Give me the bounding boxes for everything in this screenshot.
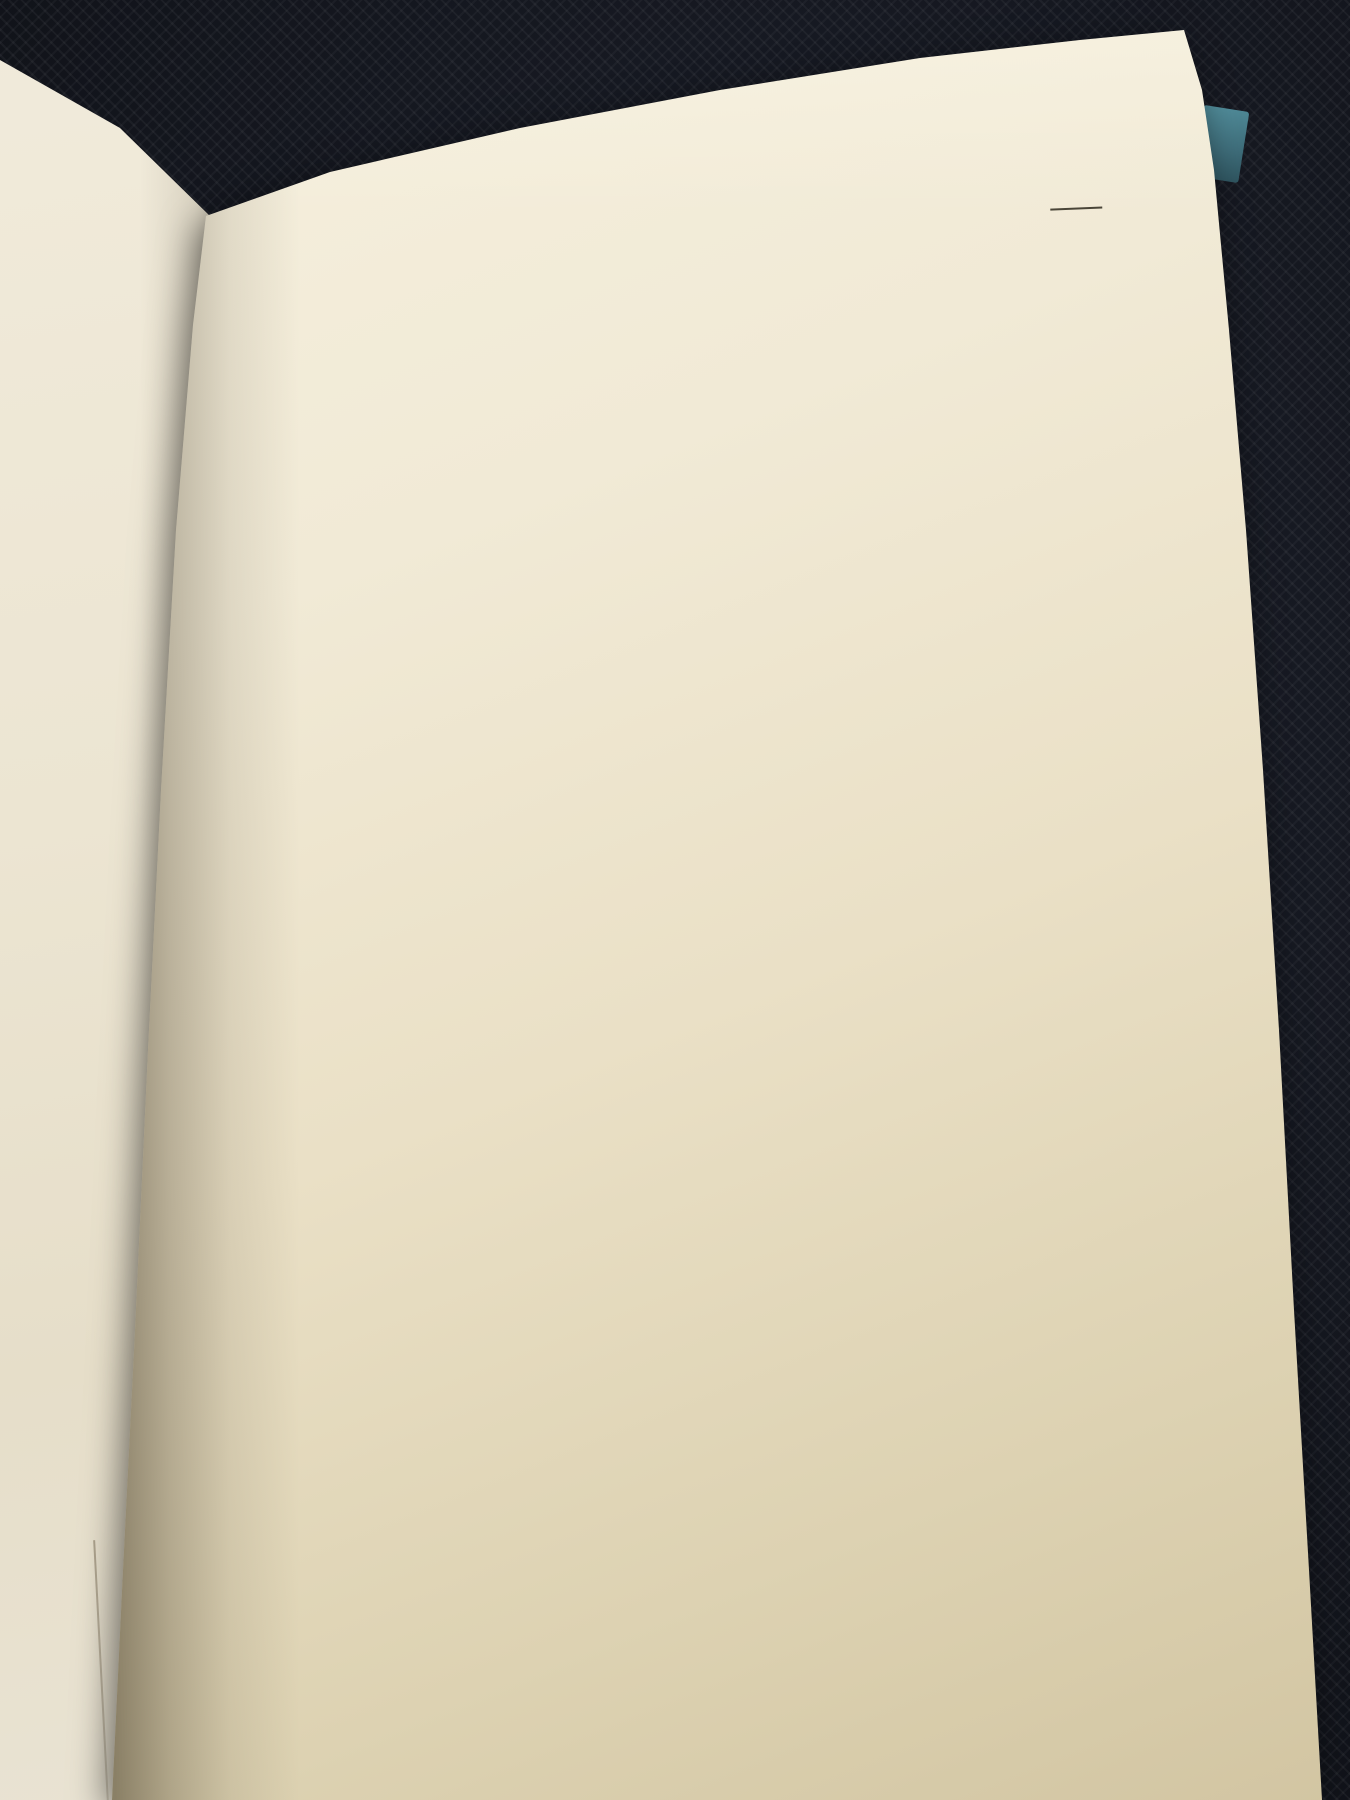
page-headline <box>235 154 952 241</box>
right-page <box>0 0 1350 1800</box>
page-title <box>235 154 949 183</box>
margin-chapter-line <box>1016 198 1136 203</box>
right-page-shadow <box>0 0 1350 1800</box>
margin-sidenote <box>1017 216 1137 221</box>
margin-rule <box>1050 207 1102 211</box>
book-photo: { "photo": { "background_color": "#171a2… <box>0 0 1350 1800</box>
margin-date <box>1017 216 1137 221</box>
page-body <box>235 154 952 241</box>
margin-chapter-line <box>1016 198 1136 203</box>
margin-notes <box>1016 198 1137 221</box>
